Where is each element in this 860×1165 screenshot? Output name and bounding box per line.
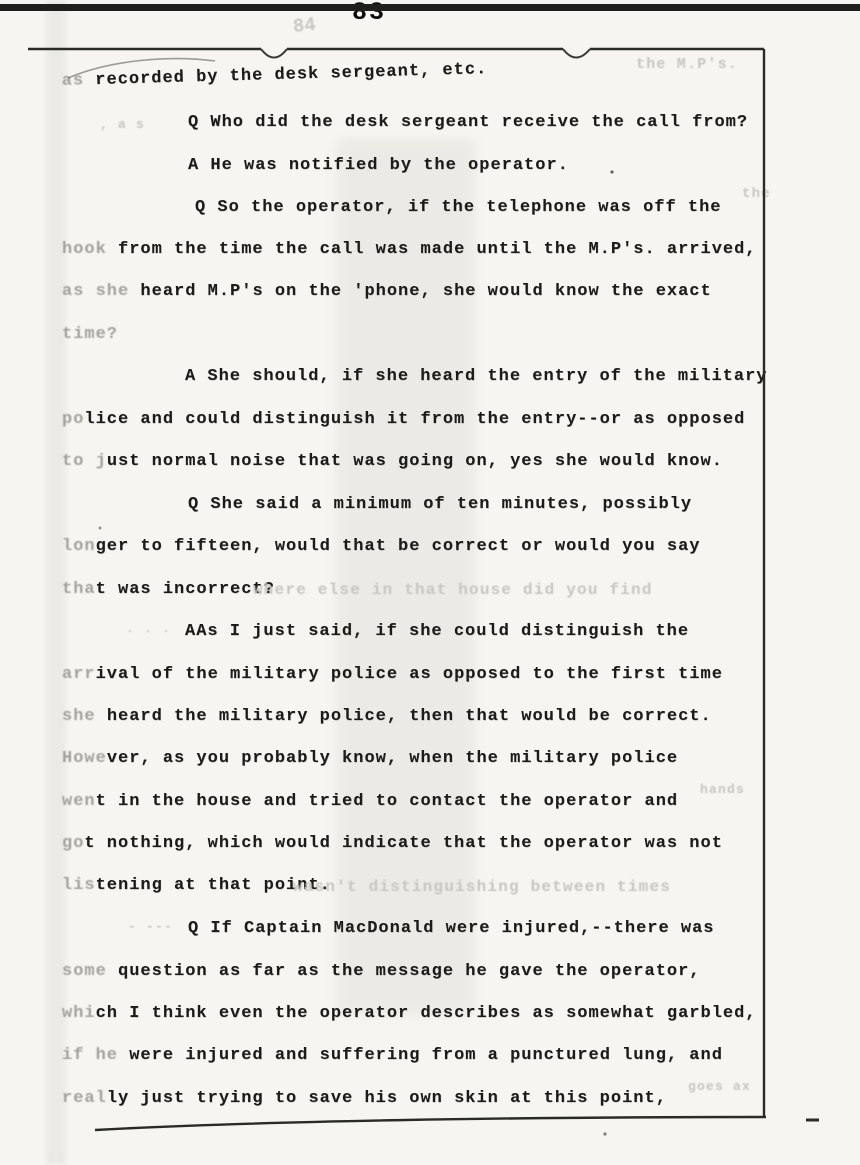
ghost-bleedthrough-text: where else in that house did you find: [253, 581, 653, 599]
transcript-line: she heard the military police, then that…: [62, 707, 712, 726]
text-segment: some: [62, 962, 118, 981]
transcript-line: AAs I just said, if she could distinguis…: [185, 622, 689, 641]
ghost-bleedthrough-text: wasn't distinguishing between times: [293, 878, 671, 896]
scan-top-edge-bar: [0, 4, 860, 11]
text-segment: heard M.P's on the 'phone, she would kno…: [140, 282, 711, 301]
text-segment: she: [62, 707, 107, 726]
text-segment: hook: [62, 240, 118, 259]
transcript: as recorded by the desk sergeant, etc.Q …: [0, 0, 860, 1165]
text-segment: whi: [62, 1004, 96, 1023]
text-segment: go: [62, 834, 84, 853]
transcript-line: A He was notified by the operator.: [188, 156, 569, 175]
text-segment: were injured and suffering from a punctu…: [129, 1046, 723, 1065]
transcript-line: Q So the operator, if the telephone was …: [195, 198, 721, 217]
text-segment: recorded by the desk sergeant, etc.: [95, 60, 487, 90]
transcript-line: Q She said a minimum of ten minutes, pos…: [188, 495, 692, 514]
transcript-line: to just normal noise that was going on, …: [62, 452, 723, 471]
text-segment: question as far as the message he gave t…: [118, 962, 701, 981]
text-segment: ival of the military police as opposed t…: [96, 665, 723, 684]
transcript-line: Q Who did the desk sergeant receive the …: [188, 113, 748, 132]
text-segment: as: [61, 71, 95, 91]
text-segment: arr: [62, 665, 96, 684]
transcript-line: if he were injured and suffering from a …: [62, 1046, 723, 1065]
text-segment: wen: [62, 792, 96, 811]
text-segment: Q So the operator, if the telephone was …: [195, 198, 721, 217]
transcript-line: that was incorrect?: [62, 580, 275, 599]
text-segment: real: [62, 1089, 107, 1108]
text-segment: to j: [62, 452, 107, 471]
text-segment: ger to fifteen, would that be correct or…: [96, 537, 701, 556]
ghost-bleedthrough-text: . . .: [126, 621, 171, 636]
text-segment: po: [62, 410, 84, 429]
transcript-line: as recorded by the desk sergeant, etc.: [61, 60, 487, 91]
text-segment: t nothing, which would indicate that the…: [84, 834, 723, 853]
transcript-line: longer to fifteen, would that be correct…: [62, 537, 701, 556]
ghost-bleedthrough-text: goes ax: [688, 1079, 751, 1094]
transcript-line: However, as you probably know, when the …: [62, 749, 678, 768]
text-segment: Q Who did the desk sergeant receive the …: [188, 113, 748, 132]
ghost-bleedthrough-text: - ---: [128, 919, 173, 934]
text-segment: if he: [62, 1046, 129, 1065]
transcript-line: really just trying to save his own skin …: [62, 1089, 667, 1108]
transcript-line: A She should, if she heard the entry of …: [185, 367, 768, 386]
scanned-transcript-page: 83 84 as recorded by the desk sergeant, …: [0, 0, 860, 1165]
transcript-line: listening at that point.: [62, 876, 331, 895]
text-segment: lis: [62, 876, 96, 895]
text-segment: lon: [62, 537, 96, 556]
text-segment: ust normal noise that was going on, yes …: [107, 452, 723, 471]
ghost-bleedthrough-text: , a s: [100, 117, 145, 132]
text-segment: ly just trying to save his own skin at t…: [107, 1089, 667, 1108]
transcript-line: which I think even the operator describe…: [62, 1004, 757, 1023]
text-segment: from the time the call was made until th…: [118, 240, 757, 259]
transcript-line: hook from the time the call was made unt…: [62, 240, 757, 259]
text-segment: time?: [62, 325, 118, 344]
text-segment: ver, as you probably know, when the mili…: [107, 749, 678, 768]
transcript-line: arrival of the military police as oppose…: [62, 665, 723, 684]
ghost-bleedthrough-text: the: [742, 186, 771, 202]
text-segment: as she: [62, 282, 140, 301]
text-segment: A He was notified by the operator.: [188, 156, 569, 175]
transcript-line: time?: [62, 325, 118, 344]
ghost-bleedthrough-text: hands: [700, 782, 745, 797]
transcript-line: as she heard M.P's on the 'phone, she wo…: [62, 282, 712, 301]
text-segment: t in the house and tried to contact the …: [96, 792, 679, 811]
text-segment: heard the military police, then that wou…: [107, 707, 712, 726]
text-segment: Q She said a minimum of ten minutes, pos…: [188, 495, 692, 514]
transcript-line: went in the house and tried to contact t…: [62, 792, 678, 811]
text-segment: tha: [62, 580, 96, 599]
text-segment: t was incorrect?: [96, 580, 275, 599]
text-segment: Q If Captain MacDonald were injured,--th…: [188, 919, 714, 938]
transcript-line: police and could distinguish it from the…: [62, 410, 745, 429]
transcript-line: got nothing, which would indicate that t…: [62, 834, 723, 853]
ghost-bleedthrough-text: the M.P's.: [636, 56, 738, 73]
text-segment: ch I think even the operator describes a…: [96, 1004, 757, 1023]
text-segment: AAs I just said, if she could distinguis…: [185, 622, 689, 641]
transcript-line: some question as far as the message he g…: [62, 962, 701, 981]
text-segment: Howe: [62, 749, 107, 768]
text-segment: A She should, if she heard the entry of …: [185, 367, 768, 386]
transcript-line: Q If Captain MacDonald were injured,--th…: [188, 919, 714, 938]
text-segment: lice and could distinguish it from the e…: [84, 410, 745, 429]
